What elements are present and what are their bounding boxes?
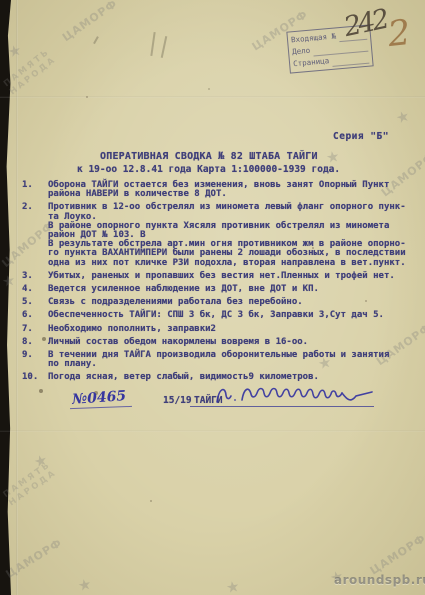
archive-watermark: ЦАМОРФ <box>3 536 64 581</box>
report-subtitle: к 19-оо 12.8.41 года Карта 1:100000-1939… <box>77 164 340 175</box>
handwritten-crossed-number: 242 <box>341 4 389 43</box>
item-number: 7. <box>22 325 48 334</box>
pencil-mark <box>93 36 98 44</box>
item-text-line: В течении дня ТАЙГА производила оборонит… <box>48 351 419 360</box>
item-text: Оборона ТАЙГИ остается без изменения, вн… <box>48 181 419 199</box>
report-item: 7.Необходимо пополнить, заправки2 <box>22 325 419 334</box>
report-title: ОПЕРАТИВНАЯ СВОДКА № 82 ШТАБА ТАЙГИ <box>100 151 318 162</box>
archive-watermark: ЦАМОРФ <box>60 0 120 44</box>
pencil-mark <box>150 32 155 56</box>
memory-of-people-watermark: ПАМЯТЬ НАРОДА <box>1 460 59 509</box>
star-watermark-icon: ★ <box>32 450 50 471</box>
paper-crease-horizontal-top <box>0 96 425 98</box>
item-text-line: района НАВЕРИ в количестве 8 ДОТ. <box>48 190 419 199</box>
site-watermark: aroundspb.ru <box>334 573 425 587</box>
memory-watermark-line: НАРОДА <box>7 468 59 508</box>
item-number: 10. <box>22 373 48 382</box>
series-label: Серия "Б" <box>333 131 389 142</box>
pencil-mark <box>161 36 168 58</box>
item-text-line: Личный состав обедом накормлены вовремя … <box>48 338 419 347</box>
report-item: 8.Личный состав обедом накормлены воврем… <box>22 338 419 347</box>
paper-crease-vertical <box>16 0 18 595</box>
report-items: 1.Оборона ТАЙГИ остается без изменения, … <box>22 181 419 387</box>
item-text: Личный состав обедом накормлены вовремя … <box>48 338 419 347</box>
item-number: 9. <box>22 351 48 369</box>
item-text-line: Обеспеченность ТАЙГИ: СПШ 3 бк, ДС 3 бк,… <box>48 311 419 320</box>
item-text: Ведется усиленное наблюдение из ДОТ, вне… <box>48 285 419 294</box>
item-text: Обеспеченность ТАЙГИ: СПШ 3 бк, ДС 3 бк,… <box>48 311 419 320</box>
item-text-line: одна из них пот кличке РЗИ подохла, втор… <box>48 259 419 268</box>
report-item: 3.Убитых, раненых и пропавших без вестия… <box>22 272 419 281</box>
star-watermark-icon: ★ <box>76 575 93 595</box>
report-item: 6.Обеспеченность ТАЙГИ: СПШ 3 бк, ДС 3 б… <box>22 311 419 320</box>
report-item: 1.Оборона ТАЙГИ остается без изменения, … <box>22 181 419 199</box>
paper-specks <box>0 0 2 2</box>
item-text: Убитых, раненых и пропавших без вестия н… <box>48 272 419 281</box>
item-text: В течении дня ТАЙГА производила оборонит… <box>48 351 419 369</box>
item-number: 4. <box>22 285 48 294</box>
memory-of-people-watermark: ПАМЯТЬ НАРОДА <box>2 47 59 97</box>
paper-crease-horizontal-bottom <box>0 430 425 432</box>
item-text-line: Связь с подразделениями работала без пер… <box>48 298 419 307</box>
report-item: 4.Ведется усиленное наблюдение из ДОТ, в… <box>22 285 419 294</box>
stamp-blank-line <box>332 54 370 67</box>
handwritten-doc-number: №0465 <box>72 388 127 408</box>
item-text-line: Необходимо пополнить, заправки2 <box>48 325 419 334</box>
handwritten-signature <box>212 378 374 416</box>
item-number: 1. <box>22 181 48 199</box>
memory-watermark-line: ПАМЯТЬ <box>1 460 53 500</box>
item-number: 6. <box>22 311 48 320</box>
item-text-line: по плану. <box>48 360 419 369</box>
star-watermark-icon: ★ <box>394 106 412 127</box>
item-number: 3. <box>22 272 48 281</box>
signature-scribble-icon <box>212 378 374 412</box>
item-number: 2. <box>22 203 48 267</box>
item-number: 5. <box>22 298 48 307</box>
report-item: 2.Противник в 12-оо обстрелял из миномет… <box>22 203 419 267</box>
item-text-line: Ведется усиленное наблюдение из ДОТ, вне… <box>48 285 419 294</box>
item-number: 8. <box>22 338 48 347</box>
scanned-document-page: ЦАМОРФ ЦАМОРФ ЦАМОРФ ЦАМОРФ ЦАМОРФ ЦАМОР… <box>0 0 425 595</box>
footer-fraction: 15/19 <box>163 395 192 406</box>
report-item: 5.Связь с подразделениями работала без п… <box>22 298 419 307</box>
stamp-label-page: Страница <box>293 55 330 70</box>
scan-edge-strip <box>0 0 11 595</box>
item-text-line: Противник в 12-оо обстрелял из миномета … <box>48 203 419 212</box>
item-text: Необходимо пополнить, заправки2 <box>48 325 419 334</box>
report-item: 9.В течении дня ТАЙГА производила оборон… <box>22 351 419 369</box>
item-text: Связь с подразделениями работала без пер… <box>48 298 419 307</box>
item-text: Противник в 12-оо обстрелял из миномета … <box>48 203 419 267</box>
star-watermark-icon: ★ <box>225 577 241 595</box>
handwritten-page-number: 2 <box>386 13 412 55</box>
item-text-line: Убитых, раненых и пропавших без вестия н… <box>48 272 419 281</box>
archive-watermark: ЦАМОРФ <box>368 532 425 578</box>
